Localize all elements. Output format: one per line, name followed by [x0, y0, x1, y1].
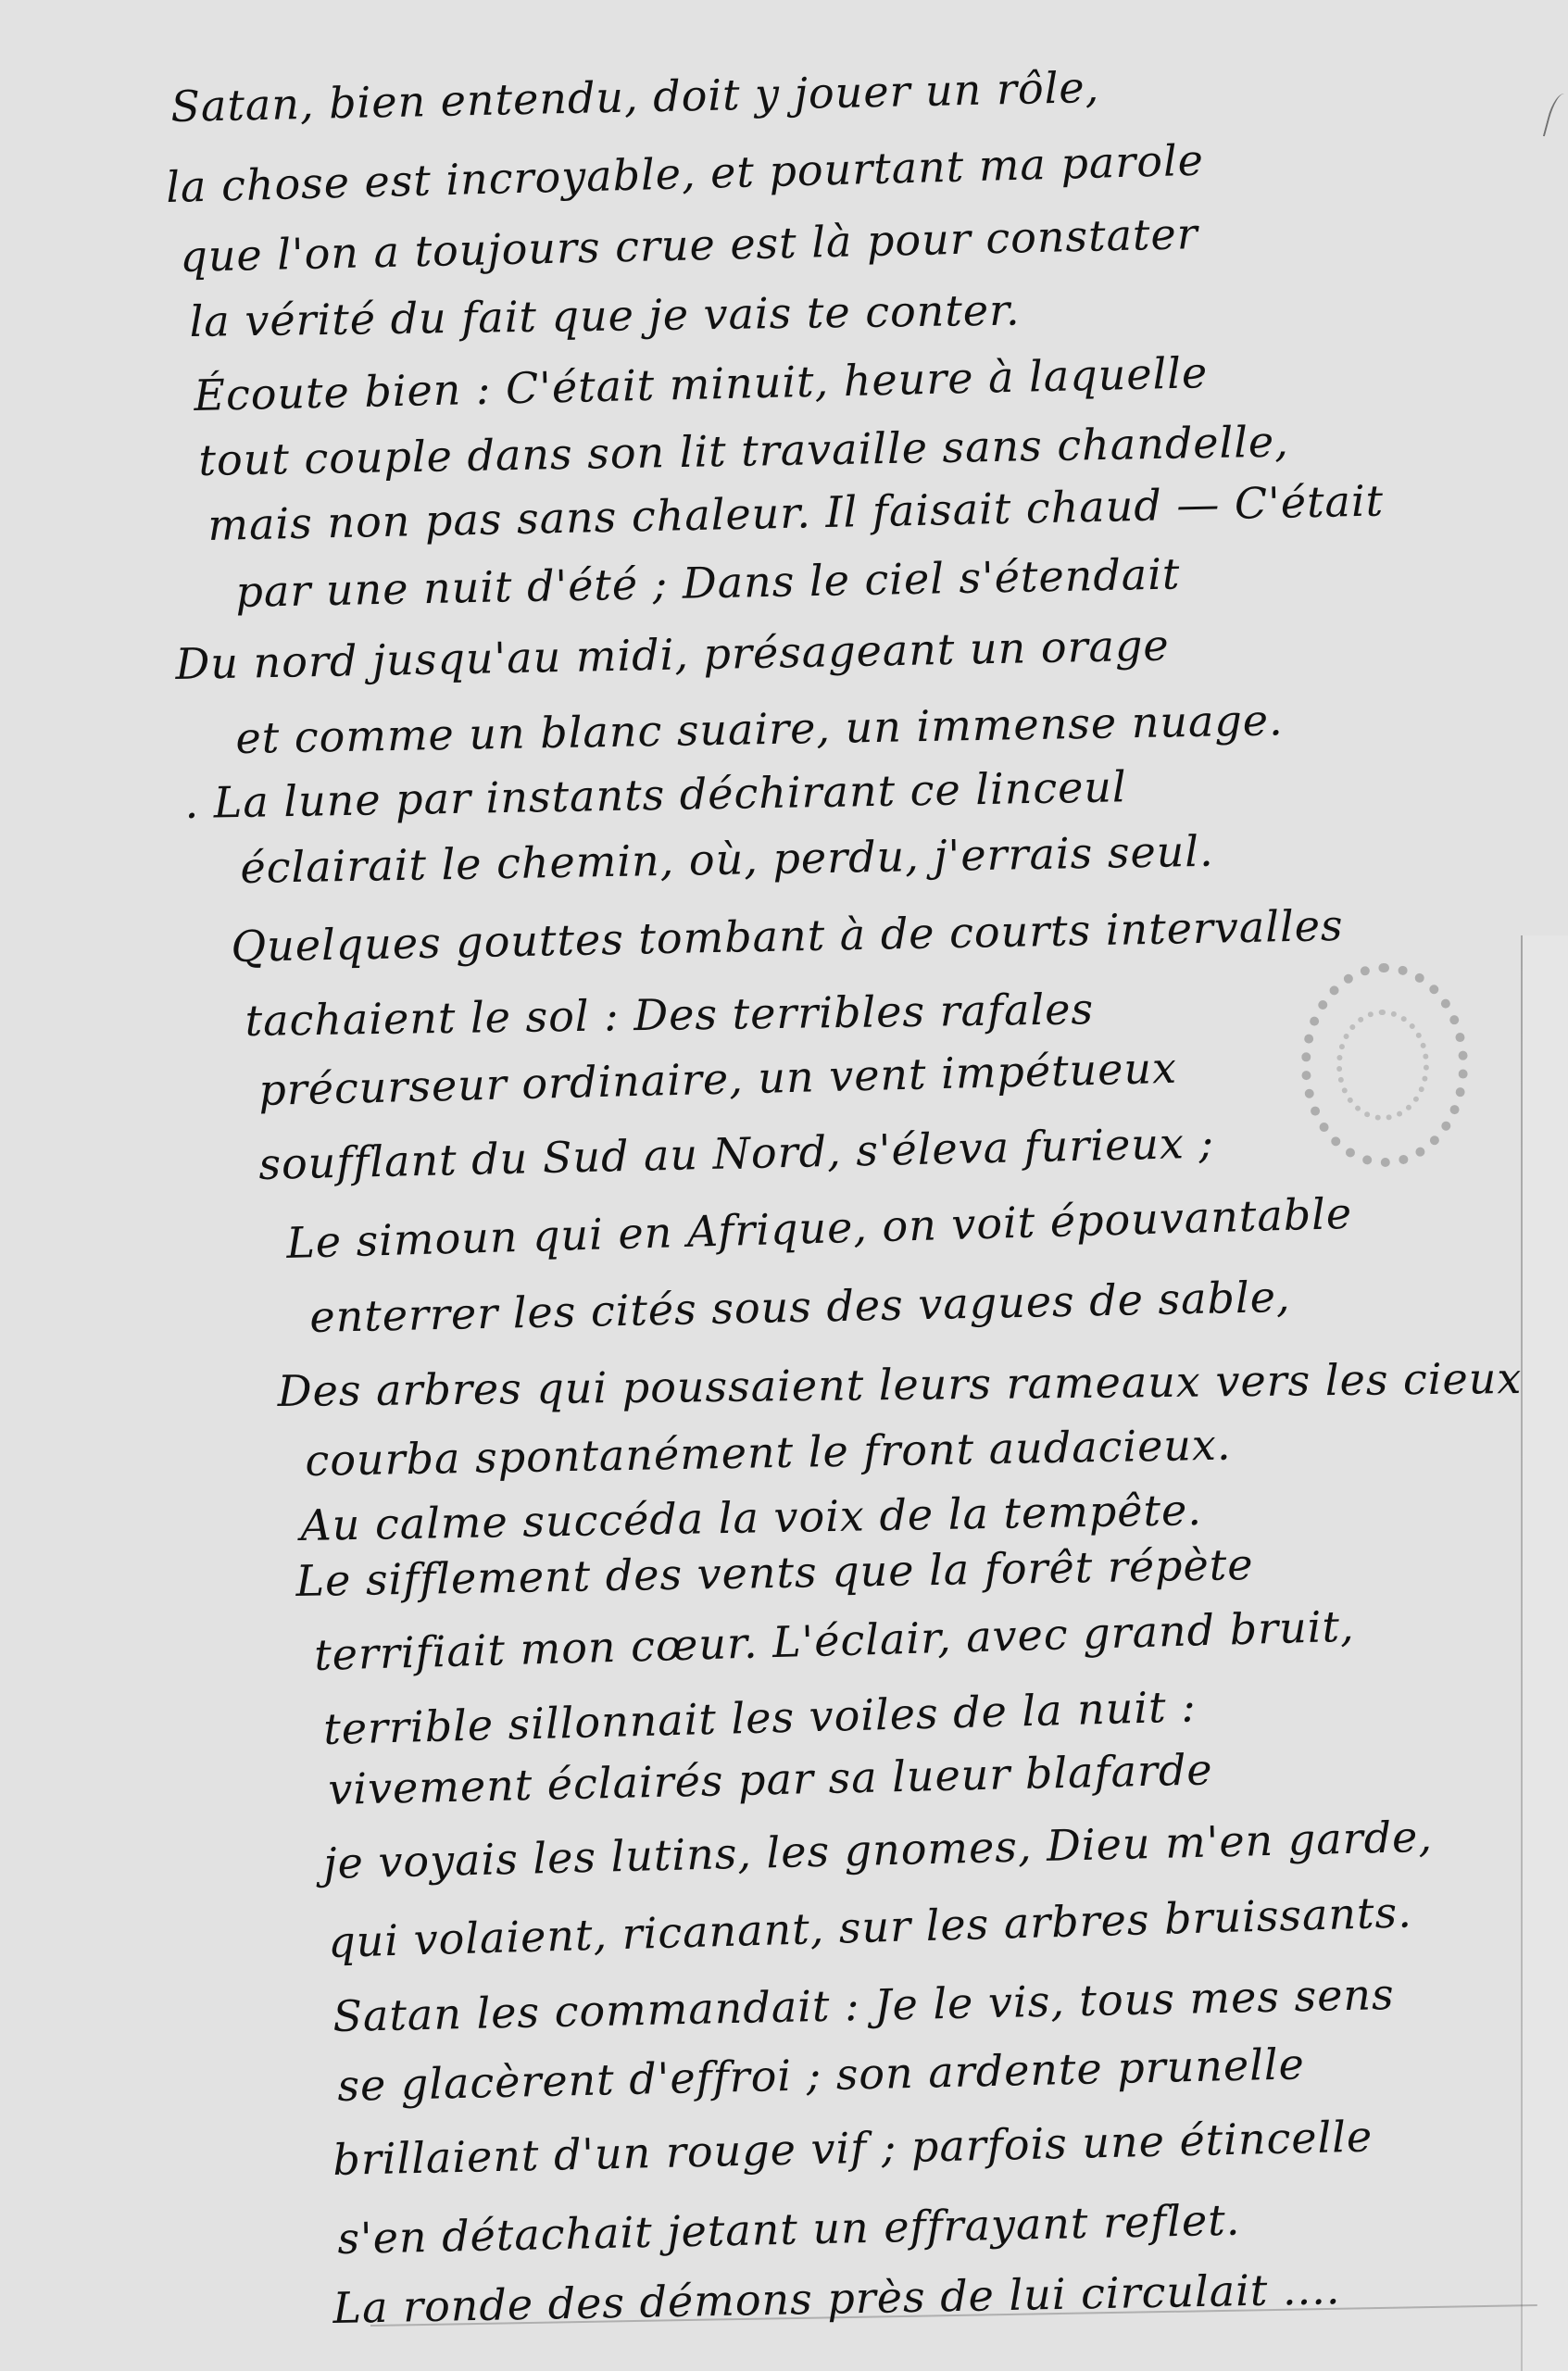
manuscript-line: précurseur ordinaire, un vent impétueux [258, 1043, 1178, 1115]
manuscript-line: la vérité du fait que je vais te conter. [189, 284, 1021, 346]
manuscript-line: . La lune par instants déchirant ce linc… [184, 761, 1127, 828]
manuscript-line: et comme un blanc suaire, un immense nua… [235, 695, 1284, 763]
manuscript-line: Écoute bien : C'était minuit, heure à la… [194, 347, 1209, 420]
manuscript-line: Satan les commandait : Je le vis, tous m… [332, 1969, 1395, 2041]
manuscript-line: Le simoun qui en Afrique, on voit épouva… [285, 1188, 1352, 1268]
manuscript-line: brillaient d'un rouge vif ; parfois une … [332, 2112, 1374, 2185]
manuscript-line: soufflant du Sud au Nord, s'éleva furieu… [258, 1118, 1215, 1189]
manuscript-line: Le sifflement des vents que la forêt rép… [295, 1539, 1254, 1606]
manuscript-line: par une nuit d'été ; Dans le ciel s'éten… [235, 548, 1181, 617]
manuscript-line: Des arbres qui poussaient leurs rameaux … [277, 1353, 1522, 1416]
manuscript-line: tachaient le sol : Des terribles rafales [245, 984, 1094, 1046]
manuscript-line: terrible sillonnait les voiles de la nui… [323, 1681, 1198, 1754]
manuscript-line: éclairait le chemin, où, perdu, j'errais… [240, 826, 1214, 893]
manuscript-line: La ronde des démons près de lui circulai… [332, 2264, 1341, 2333]
manuscript-page: Satan, bien entendu, doit y jouer un rôl… [0, 0, 1568, 2371]
manuscript-line: s'en détachait jetant un effrayant refle… [337, 2195, 1241, 2264]
manuscript-line: Au calme succéda la voix de la tempête. [300, 1485, 1202, 1550]
manuscript-line: vivement éclairés par sa lueur blafarde [328, 1744, 1213, 1814]
manuscript-line: tout couple dans son lit travaille sans … [198, 416, 1289, 485]
manuscript-line: enterrer les cités sous des vagues de sa… [309, 1272, 1291, 1342]
manuscript-line: que l'on a toujours crue est là pour con… [180, 208, 1198, 282]
manuscript-line: se glacèrent d'effroi ; son ardente prun… [337, 2039, 1306, 2111]
manuscript-line: Quelques gouttes tombant à de courts int… [231, 900, 1344, 972]
manuscript-line: qui volaient, ricanant, sur les arbres b… [327, 1887, 1412, 1967]
manuscript-text: Satan, bien entendu, doit y jouer un rôl… [0, 0, 1568, 2371]
manuscript-line: Du nord jusqu'au midi, présageant un ora… [175, 620, 1170, 689]
manuscript-line: la chose est incroyable, et pourtant ma … [166, 135, 1205, 212]
manuscript-line: courba spontanément le front audacieux. [305, 1420, 1232, 1486]
manuscript-line: terrifiait mon cœur. L'éclair, avec gran… [313, 1601, 1355, 1680]
manuscript-line: Satan, bien entendu, doit y jouer un rôl… [170, 62, 1100, 132]
manuscript-line: je voyais les lutins, les gnomes, Dieu m… [323, 1812, 1434, 1888]
manuscript-line: mais non pas sans chaleur. Il faisait ch… [207, 475, 1385, 550]
